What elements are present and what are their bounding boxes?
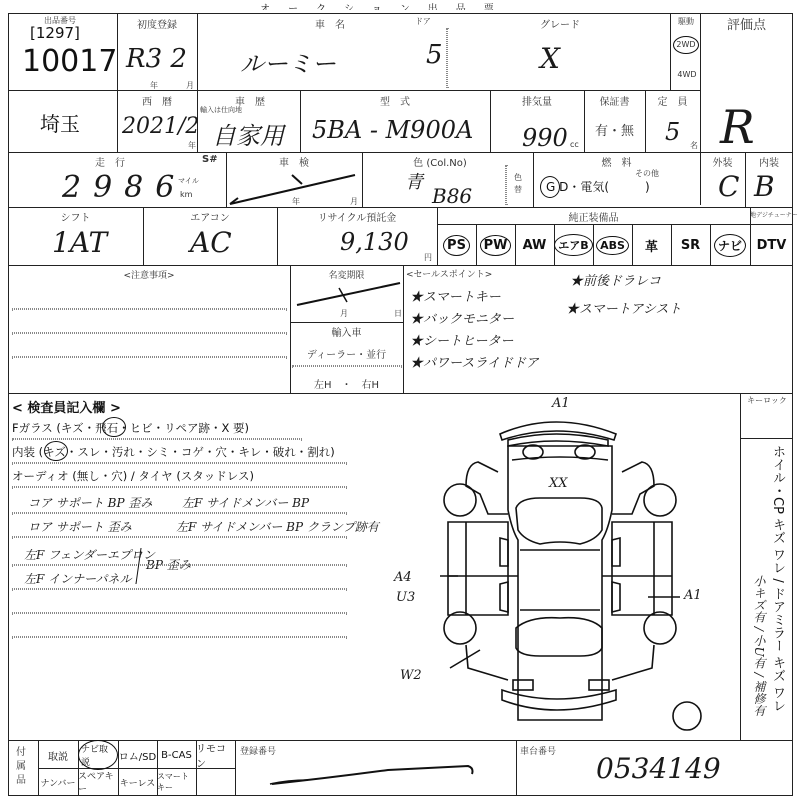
wheel-mirror-text: ホイル・CP キズ ワレ / ドアミラー キズ ワレ [770, 445, 784, 712]
mileage-label: 走 行 [60, 154, 160, 169]
fuel-value[interactable]: G D・電気( ) [546, 178, 650, 195]
equip-abs[interactable]: ABS [593, 226, 632, 264]
model-value: 5BA - M900A [312, 116, 473, 144]
accessory-remote[interactable]: リモコン [196, 742, 235, 768]
year-value: 2021/2 [122, 114, 199, 139]
displacement-label: 排気量 [490, 93, 584, 108]
sales-points-label: <セールスポイント> [406, 267, 492, 280]
usage-value: 自家用 [212, 116, 284, 151]
lot-prefix: [1297] [30, 24, 80, 42]
interior-value: B [754, 170, 775, 203]
accessory-keyless[interactable]: キーレス [118, 770, 157, 794]
car-damage-diagram [380, 390, 720, 740]
color-code: B86 [432, 184, 472, 208]
recycle-value: 9,130 [340, 228, 409, 256]
inspection-line-audio: オーディオ (無し・穴) / タイヤ (スタッドレス) [12, 468, 254, 484]
year-label: 西 暦 [117, 93, 197, 108]
grade-value: X [540, 42, 560, 75]
color-change-label: 色替 [512, 172, 524, 196]
registration-label: 登録番号 [240, 744, 276, 757]
mileage-value: 2986 [62, 170, 186, 205]
warranty-label: 保証書 [584, 93, 645, 108]
exterior-value: C [718, 170, 739, 203]
chassis-value: 0534149 [596, 752, 721, 785]
chassis-label: 車台番号 [520, 744, 556, 757]
warranty-value[interactable]: 有・無 [584, 120, 645, 139]
interior-scratch-circle [44, 441, 68, 461]
equipment-label: 純正装備品 [437, 209, 750, 224]
inspection-title: < 検査員記入欄 > [12, 397, 121, 416]
handwritten-note: コア サポート BP 歪み [28, 494, 152, 511]
score-value: R [720, 100, 755, 154]
equip-pw[interactable]: PW [476, 226, 515, 264]
registration-strikethrough [268, 760, 508, 790]
shift-label: シフト [8, 209, 143, 224]
door-label: ドア [415, 16, 431, 27]
lot-number: 10017 [22, 44, 117, 79]
color-value: 青 [405, 168, 423, 194]
sales-point: ★シートヒーター [410, 330, 513, 349]
damage-mark-hood: XX [549, 476, 568, 491]
accessory-spare-key[interactable]: スペアキー [78, 770, 118, 794]
drive-2wd-option[interactable]: 2WD [673, 36, 699, 54]
shift-value: 1AT [52, 226, 107, 259]
equip-dtv[interactable]: DTV [750, 226, 793, 264]
accessory-smart-key[interactable]: スマートキー [157, 770, 196, 794]
sales-point: ★スマートキー [410, 286, 501, 305]
equip-navi[interactable]: ナビ [710, 226, 750, 264]
model-label: 型 式 [300, 93, 490, 108]
import-label: 輸入車 [290, 324, 403, 339]
damage-mark-left-side-2: U3 [396, 590, 415, 605]
color-label: 色 (Col.No) [380, 154, 500, 169]
s-label: S# [202, 154, 218, 165]
handwritten-note: 左F インナーパネル [24, 570, 132, 587]
capacity-value: 5 [665, 118, 680, 146]
fuel-label: 燃 料 [533, 154, 700, 169]
caution-label: <注意事項> [8, 268, 290, 281]
equip-airbag[interactable]: エアB [554, 226, 593, 264]
aircon-label: エアコン [143, 209, 277, 224]
drive-label: 駆動 [672, 16, 700, 27]
displacement-value: 990 [522, 124, 568, 152]
accessory-rom-sd[interactable]: ロム/SD [118, 742, 157, 768]
handwritten-note: 左F フェンダーエプロン [24, 546, 155, 563]
handle-option[interactable]: 左H ・ 右H [290, 376, 403, 391]
handwritten-note: 左F サイドメンバー BP [182, 494, 309, 511]
handwritten-note: 左F サイドメンバー BP クランプ跡有 [176, 518, 379, 535]
sales-point: ★パワースライドドア [410, 352, 539, 371]
name-change-strikethrough [295, 280, 405, 310]
equip-ps[interactable]: PS [437, 226, 476, 264]
handwritten-note: ロア サポート 歪み [28, 518, 132, 535]
inspection-label: 車 検 [226, 154, 362, 169]
exterior-label: 外装 [700, 154, 745, 169]
accessory-manual[interactable]: 取説 [38, 742, 78, 768]
damage-mark-front: A1 [552, 396, 570, 411]
accessories-label: 付属品 [14, 746, 28, 788]
recycle-label: リサイクル預託金 [277, 209, 437, 224]
equip-aw[interactable]: AW [515, 226, 554, 264]
drive-4wd-option[interactable]: 4WD [674, 70, 700, 79]
wheel-mirror-notes: 小キズ有 / 小U有 / 補修有 [752, 575, 766, 716]
sheet-title-band: オークション出品票 [260, 0, 660, 10]
damage-mark-left-rear: W2 [400, 668, 422, 683]
sales-point: ★スマートアシスト [566, 298, 681, 317]
windshield-chip-circle [102, 417, 126, 437]
damage-mark-left-side: A4 [394, 570, 412, 585]
sales-point: ★バックモニター [410, 308, 514, 327]
grade-label: グレード [520, 16, 600, 31]
inspection-line-windshield: Fガラス (キズ・飛石・ヒビ・リペア跡・X 要) [12, 420, 249, 436]
damage-mark-right-side: A1 [684, 588, 702, 603]
car-name-label: 車 名 [270, 16, 390, 31]
capacity-label: 定 員 [645, 93, 700, 108]
door-value: 5 [426, 40, 443, 70]
accessory-bcas[interactable]: B-CAS [157, 742, 196, 768]
equip-sunroof[interactable]: SR [671, 226, 710, 264]
dealer-option[interactable]: ディーラー・並行 [290, 346, 403, 361]
equip-leather[interactable]: 革 [632, 226, 671, 264]
accessory-number-plate[interactable]: ナンバー [38, 770, 78, 794]
first-registration-label: 初度登録 [117, 16, 197, 31]
first-registration-value: R3 2 [126, 44, 187, 74]
region-value: 埼玉 [40, 108, 80, 137]
sales-point: ★前後ドラレコ [570, 270, 661, 289]
aircon-value: AC [190, 226, 232, 259]
keylock-label: キーロック [742, 395, 792, 406]
score-label: 評価点 [700, 14, 793, 33]
accessory-navi-manual[interactable]: ナビ取説 [78, 742, 118, 768]
interior-label: 内装 [745, 154, 793, 169]
dtv-small-label: 地デジチューナー [750, 210, 793, 219]
car-name-value: ルーミー [240, 44, 336, 79]
